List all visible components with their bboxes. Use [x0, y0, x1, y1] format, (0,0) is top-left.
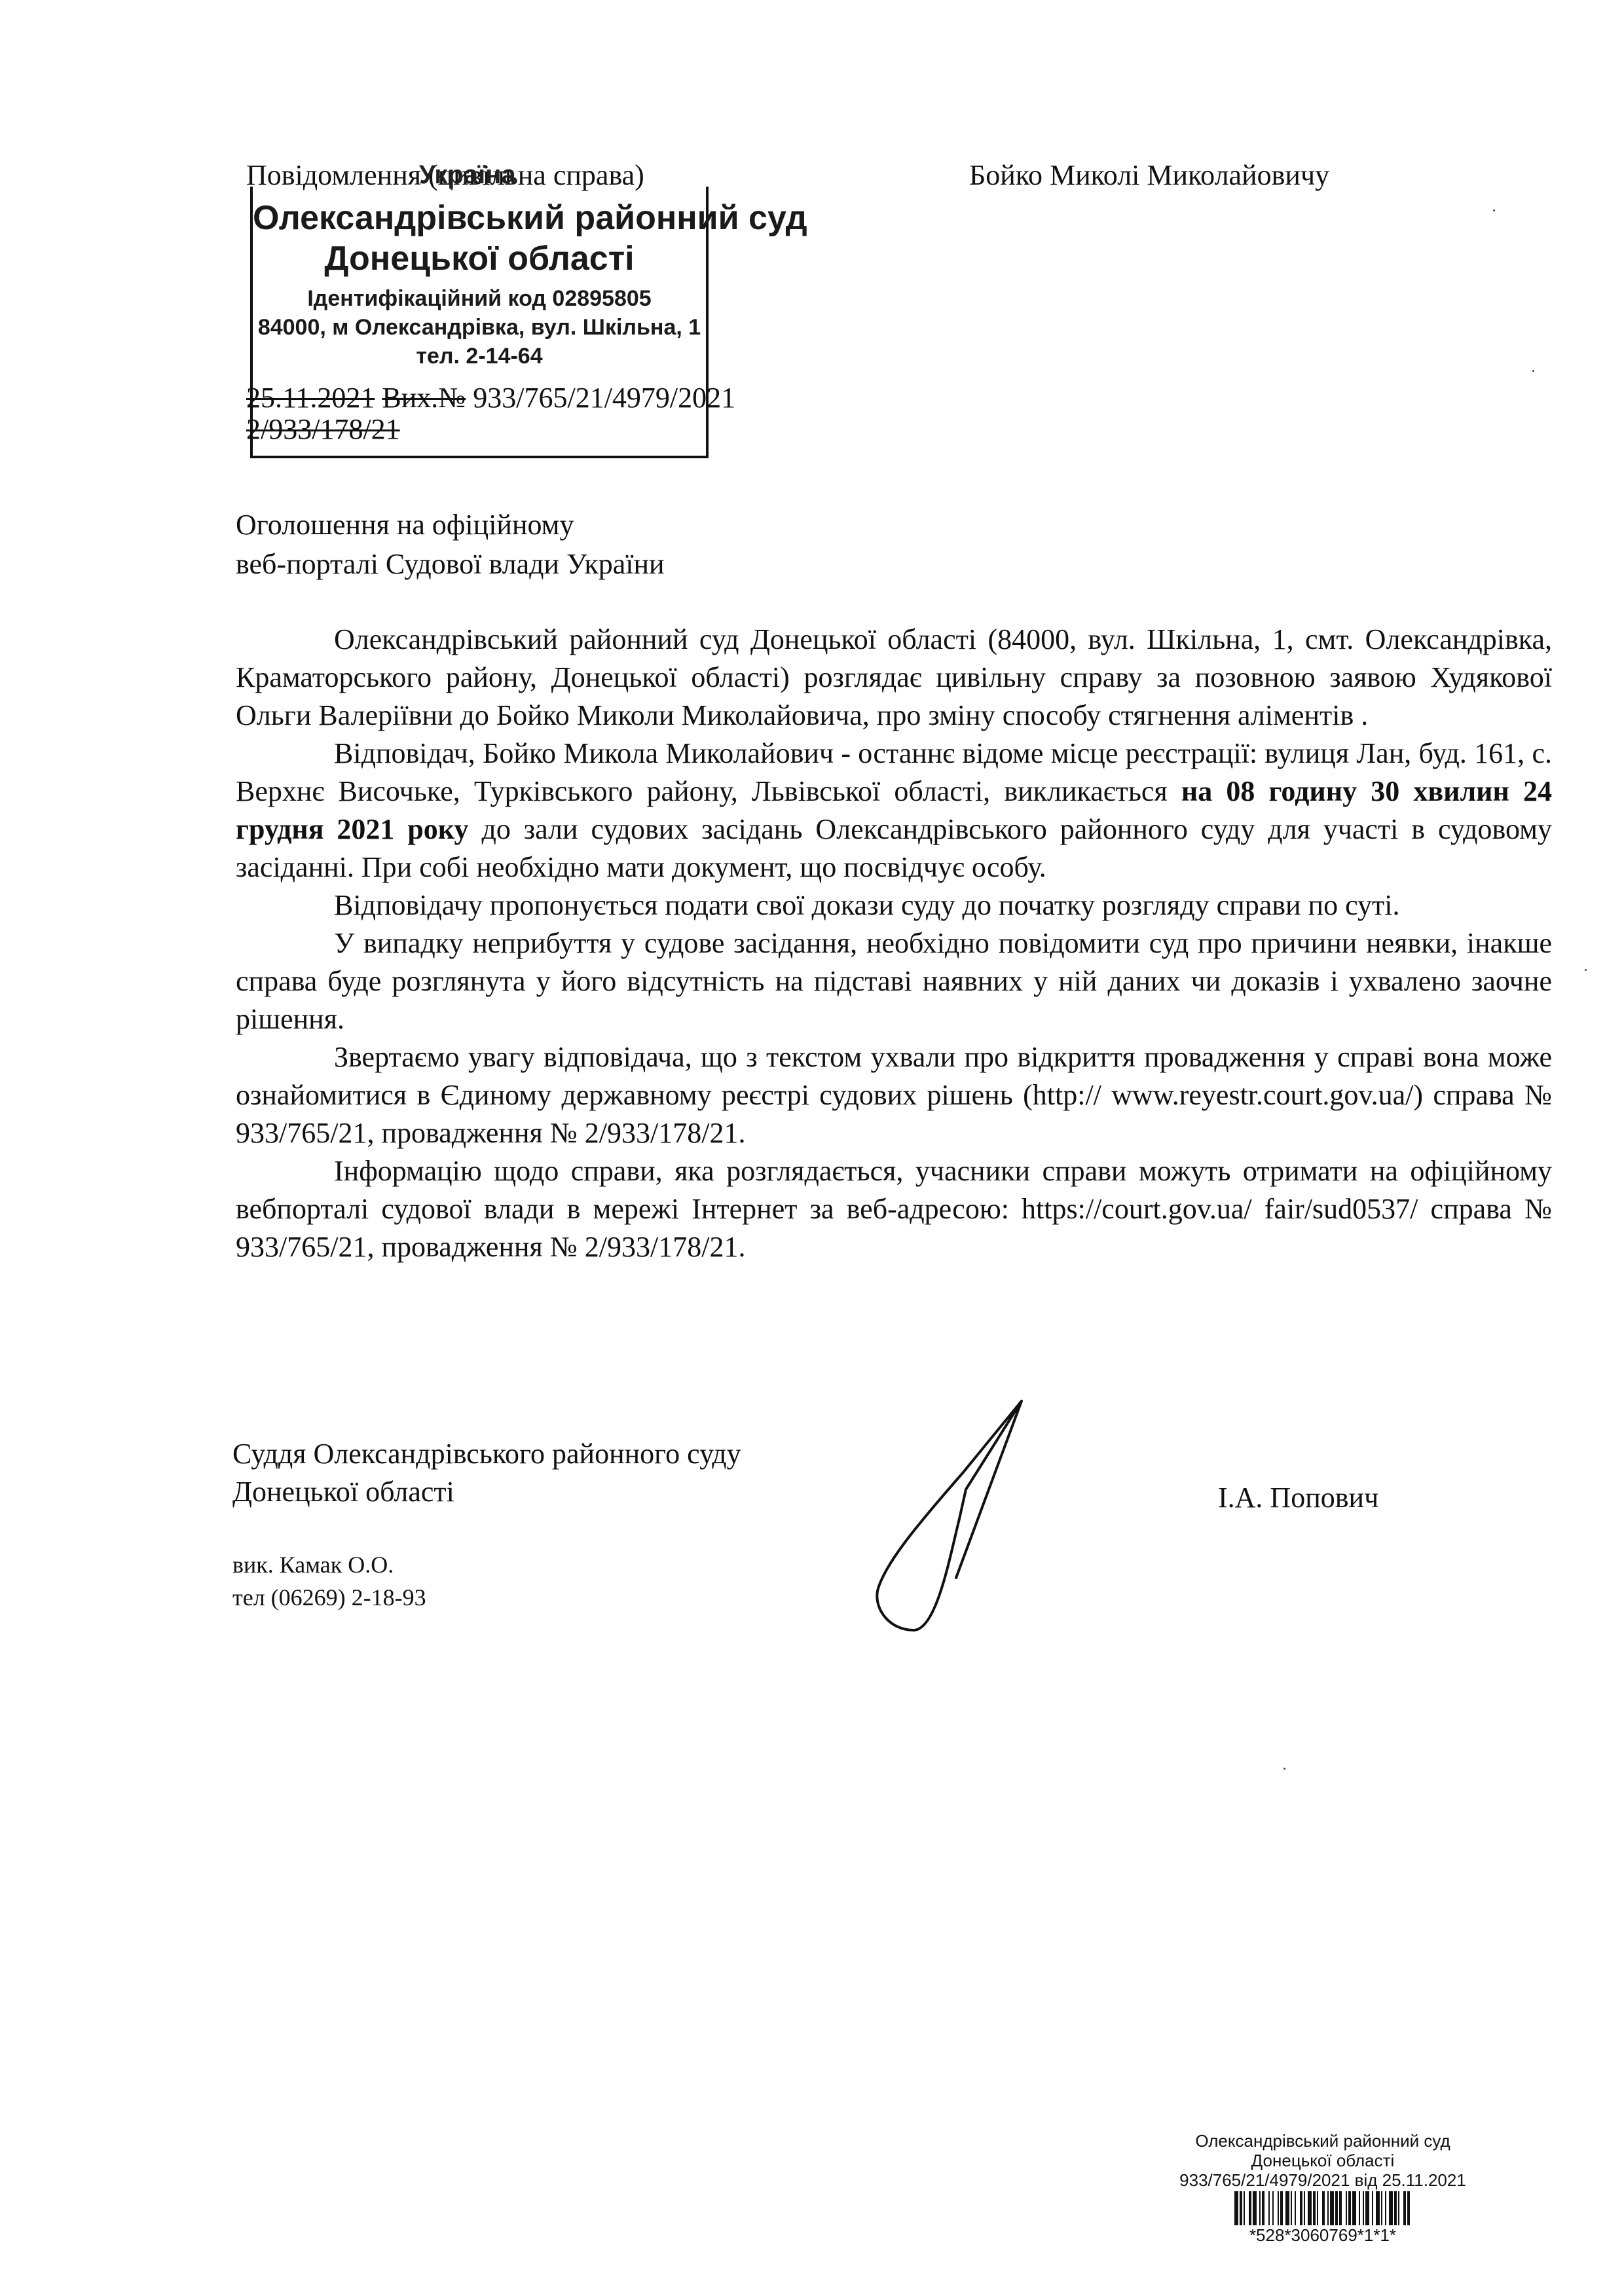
paragraph-case: Олександрівський районний суд Донецької …	[236, 621, 1552, 735]
announcement-heading: Оголошення на офіційному веб-порталі Суд…	[236, 505, 665, 584]
proceeding-number: 2/933/178/21	[246, 413, 400, 445]
announcement-heading-line1: Оголошення на офіційному	[236, 505, 665, 545]
paragraph-absence: У випадку неприбуття у судове засідання,…	[236, 924, 1552, 1038]
scan-speck	[1493, 210, 1495, 211]
scan-speck	[1585, 969, 1587, 971]
outgoing-number: 933/765/21/4979/2021	[473, 382, 735, 414]
scan-speck	[1283, 1768, 1285, 1770]
addressee: Бойко Миколі Миколайовичу	[969, 158, 1329, 192]
handwritten-signature	[864, 1394, 1139, 1643]
stamp-id-code: Ідентифікаційний код 02895805	[253, 286, 706, 312]
stamp-address: 84000, м Олександрівка, вул. Шкільна, 1	[253, 315, 706, 340]
stamp-court-name-line1: Олександрівський районний суд	[253, 198, 706, 238]
stamp-phone: тел. 2-14-64	[253, 344, 706, 369]
barcode-block: Олександрівський районний суд Донецької …	[1074, 2131, 1572, 2245]
outgoing-label: Вих.№	[382, 382, 466, 414]
outgoing-date: 25.11.2021	[246, 382, 375, 414]
judge-title-line2: Донецької області	[232, 1473, 741, 1511]
executor-name: вик. Камак О.О.	[232, 1548, 426, 1581]
stamp-court-name-line2: Донецької області	[253, 239, 706, 278]
outgoing-number-line: 25.11.2021 Вих.№ 933/765/21/4979/2021	[246, 381, 735, 414]
paragraph-portal: Інформацію щодо справи, яка розглядаєтьс…	[236, 1152, 1552, 1266]
judge-title: Суддя Олександрівського районного суду Д…	[232, 1435, 741, 1511]
stamp-country: Україна	[419, 160, 516, 190]
barcode-court-line1: Олександрівський районний суд	[1074, 2131, 1572, 2151]
paragraph-evidence: Відповідачу пропонується подати свої док…	[236, 886, 1552, 924]
announcement-heading-line2: веб-порталі Судової влади України	[236, 545, 665, 584]
barcode	[1172, 2191, 1473, 2225]
paragraph-summons: Відповідач, Бойко Микола Миколайович - о…	[236, 735, 1552, 886]
scan-speck	[1532, 370, 1534, 372]
barcode-number: *528*3060769*1*1*	[1074, 2225, 1572, 2245]
proceeding-number-line: 2/933/178/21	[246, 412, 400, 446]
paragraph-registry: Звертаємо увагу відповідача, що з тексто…	[236, 1038, 1552, 1152]
barcode-court-line2: Донецької області	[1074, 2151, 1572, 2170]
executor-phone: тел (06269) 2-18-93	[232, 1581, 426, 1614]
barcode-reference: 933/765/21/4979/2021 від 25.11.2021	[1074, 2170, 1572, 2190]
judge-name: І.А. Попович	[1218, 1481, 1378, 1514]
executor-info: вик. Камак О.О. тел (06269) 2-18-93	[232, 1548, 426, 1614]
judge-title-line1: Суддя Олександрівського районного суду	[232, 1435, 741, 1473]
announcement-body: Олександрівський районний суд Донецької …	[236, 621, 1552, 1266]
